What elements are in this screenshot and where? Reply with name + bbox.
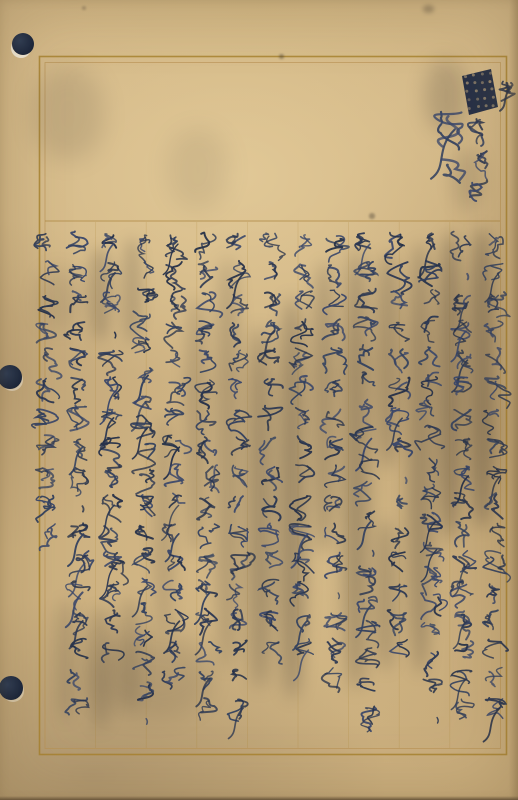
text-column-12: 知って世辰晩にもそれ久し振りに共に閲、 [129,226,157,752]
text-column-7: らく暇もなき身のその如く豆軍艦 [289,226,317,752]
text-column-2: 子、新聞には何みかで低気圧が発生し [449,226,477,752]
smudge-streak [82,6,86,10]
text-column-5: が重なりし雨が降りたら、くし振る雨な [353,226,381,752]
sheet-edge-bottom [0,796,518,800]
text-column-6: なく気圧は時の雨を思えば、山雨か [321,226,349,752]
text-column-15: 本勢ひの屈恥を味はんと [33,226,61,752]
date-column: 月十五 [466,112,492,208]
date-month: 月 [466,112,489,135]
sheet-edge-right [509,0,518,800]
text-column-14: 藿憩ひを誘ひに来り、お陰に連戦連敗 [65,226,93,752]
document-title: 豪雨 [430,104,466,204]
punch-hole-middle [0,365,22,389]
text-column-4: 天気の持味がない。但し急いで気 [385,226,413,752]
smudge-streak [167,128,229,210]
punch-hole-top [12,33,34,55]
punch-hole-bottom [0,676,23,700]
text-column-10: れら郡の医師人が訪れても輝者に通ひ [193,226,221,752]
text-column-9: が繕鐸い杖ずまで感心せるもの数個件 [225,226,253,752]
smudge-streak [279,54,284,59]
date-day: 十五 [466,135,489,181]
text-column-3: てみると数えるがこの便りには一すれ、 [417,226,445,752]
smudge-streak [32,68,104,160]
text-column-8: を通覧する程大の寒いけば感心も [257,226,285,752]
text-column-13: 陽悟卿、繕慶を諸気の悪友達が麻 [97,226,125,752]
smudge-streak [423,5,434,13]
scanned-document-page: 七 月十五 豪雨 酷暑の里も発すれば天気の悪化を通び子、新聞には何みかで低気圧が… [0,0,518,800]
text-column-1: 酷暑の里も発すれば天気の悪化を通び [481,226,509,752]
redaction-stamp [462,69,498,115]
smudge-streak [369,213,375,219]
text-column-11: の誤りあるをその度も輪煮者に直し [161,226,189,752]
